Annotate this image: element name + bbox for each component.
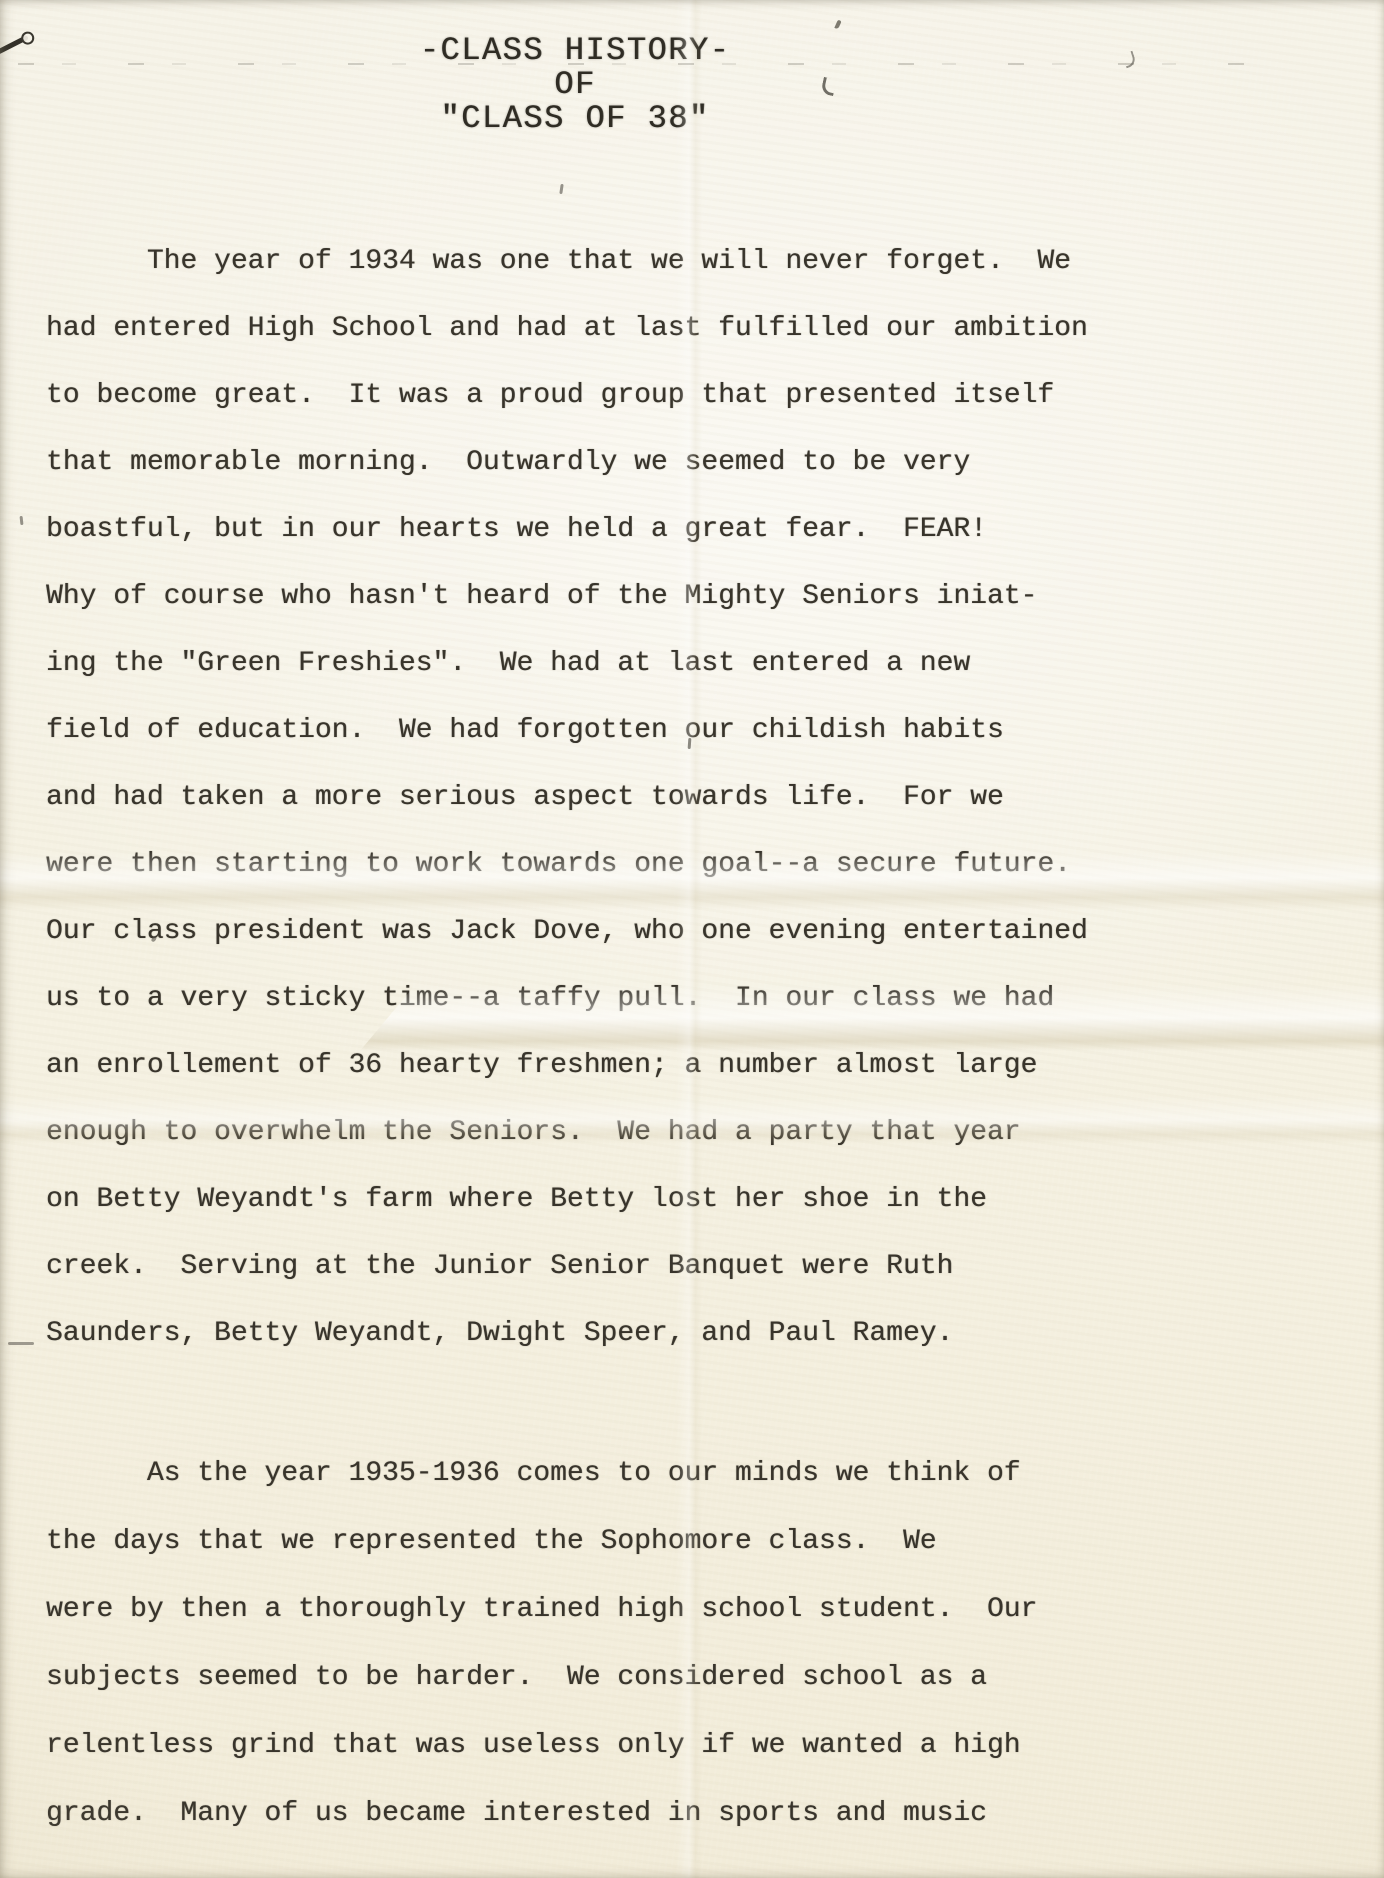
typed-line: OF bbox=[0, 68, 1150, 102]
typed-line: Saunders, Betty Weyandt, Dwight Speer, a… bbox=[46, 1300, 1088, 1367]
typed-line: ing the "Green Freshies". We had at last… bbox=[46, 630, 1088, 697]
typed-line: were then starting to work towards one g… bbox=[46, 831, 1088, 898]
ink-speck bbox=[20, 516, 24, 525]
typed-line: the days that we represented the Sophomo… bbox=[46, 1508, 1037, 1576]
document-title: -CLASS HISTORY-OF"CLASS OF 38" bbox=[0, 34, 1150, 136]
scanned-document-page: -CLASS HISTORY-OF"CLASS OF 38" The year … bbox=[0, 0, 1384, 1878]
ink-speck bbox=[8, 1342, 34, 1345]
typed-line: relentless grind that was useless only i… bbox=[46, 1712, 1037, 1780]
typed-line: enough to overwhelm the Seniors. We had … bbox=[46, 1099, 1088, 1166]
typed-line: grade. Many of us became interested in s… bbox=[46, 1780, 1037, 1848]
typed-line: field of education. We had forgotten our… bbox=[46, 697, 1088, 764]
typed-line: and had taken a more serious aspect towa… bbox=[46, 764, 1088, 831]
paragraph-freshman-year: The year of 1934 was one that we will ne… bbox=[46, 228, 1088, 1367]
ink-speck bbox=[834, 20, 841, 30]
typed-line: -CLASS HISTORY- bbox=[0, 34, 1150, 68]
typed-line: boastful, but in our hearts we held a gr… bbox=[46, 496, 1088, 563]
typed-line: on Betty Weyandt's farm where Betty lost… bbox=[46, 1166, 1088, 1233]
typed-line: creek. Serving at the Junior Senior Banq… bbox=[46, 1233, 1088, 1300]
typed-line: were by then a thoroughly trained high s… bbox=[46, 1576, 1037, 1644]
typed-line: Why of course who hasn't heard of the Mi… bbox=[46, 563, 1088, 630]
ink-speck bbox=[559, 184, 563, 194]
typed-line: The year of 1934 was one that we will ne… bbox=[46, 228, 1088, 295]
typed-line: an enrollement of 36 hearty freshmen; a … bbox=[46, 1032, 1088, 1099]
typed-line: subjects seemed to be harder. We conside… bbox=[46, 1644, 1037, 1712]
typed-line: to become great. It was a proud group th… bbox=[46, 362, 1088, 429]
typed-line: that memorable morning. Outwardly we see… bbox=[46, 429, 1088, 496]
paragraph-sophomore-year: As the year 1935-1936 comes to our minds… bbox=[46, 1440, 1037, 1848]
typed-line: As the year 1935-1936 comes to our minds… bbox=[46, 1440, 1037, 1508]
typed-line: us to a very sticky time--a taffy pull. … bbox=[46, 965, 1088, 1032]
typed-line: had entered High School and had at last … bbox=[46, 295, 1088, 362]
typed-line: Our class president was Jack Dove, who o… bbox=[46, 898, 1088, 965]
typed-line: "CLASS OF 38" bbox=[0, 102, 1150, 136]
